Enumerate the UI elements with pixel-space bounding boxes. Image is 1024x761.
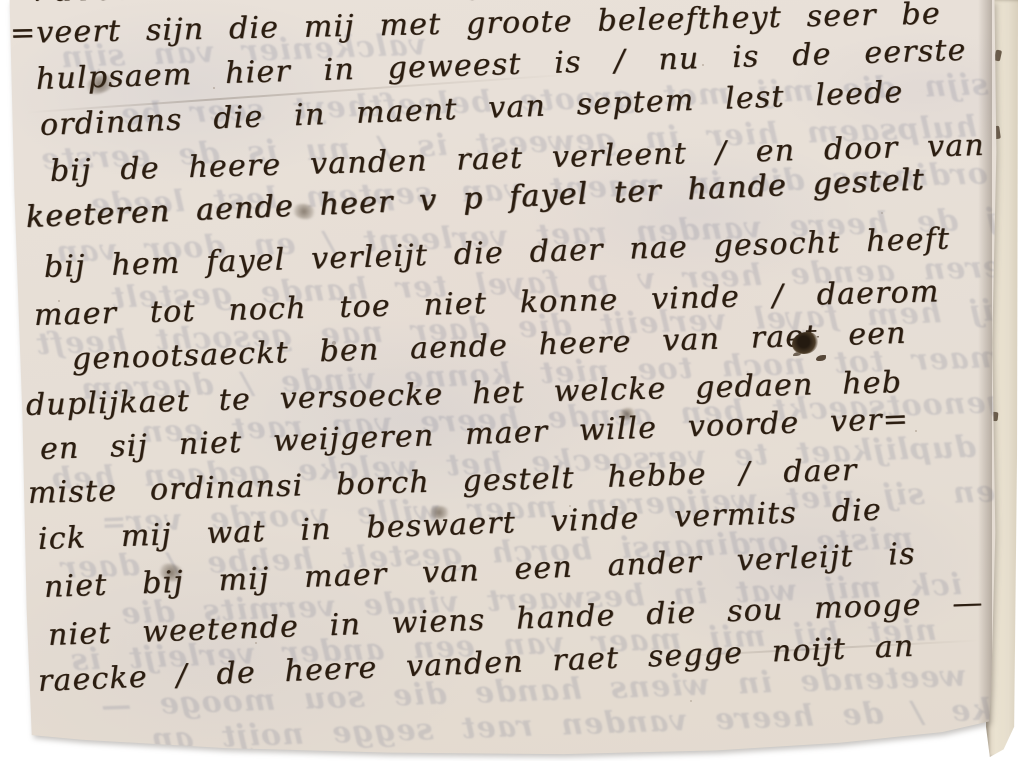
paper-speckles — [0, 0, 2, 2]
letter-page-wrapper: valckenier van sijn =veert sijn die mij … — [0, 0, 1024, 761]
right-edge-shadow — [978, 0, 992, 742]
scan-background: valckenier van sijn =veert sijn die mij … — [0, 0, 1024, 761]
ink-smudge — [428, 506, 450, 519]
letter-page: valckenier van sijn =veert sijn die mij … — [0, 0, 1024, 761]
